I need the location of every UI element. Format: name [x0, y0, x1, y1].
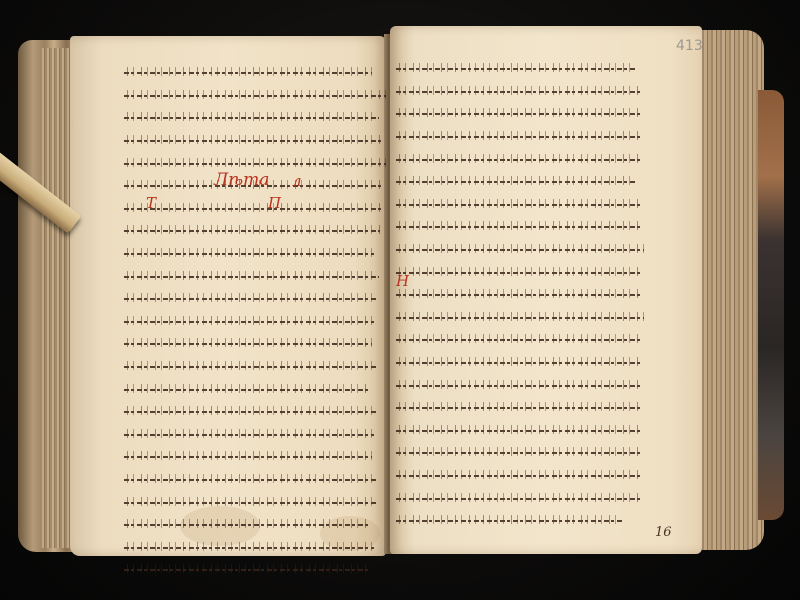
ink-stroke	[396, 407, 642, 409]
handwritten-line	[124, 288, 386, 311]
ink-stroke	[124, 411, 378, 413]
left-page-stack	[40, 48, 74, 548]
handwritten-line	[124, 514, 386, 537]
ink-stroke	[124, 434, 374, 436]
handwritten-line	[396, 216, 646, 239]
ink-stroke	[396, 385, 642, 387]
ink-stroke	[396, 159, 642, 161]
ink-stroke	[396, 294, 640, 296]
ink-stroke	[124, 117, 379, 119]
rubric-red-initial: л	[292, 172, 302, 190]
handwritten-line	[396, 510, 646, 533]
handwritten-line	[124, 265, 386, 288]
ink-stroke	[396, 181, 636, 183]
rubric-red-word: Лѣта	[214, 170, 269, 190]
ink-stroke	[124, 456, 372, 458]
handwritten-line	[124, 333, 386, 356]
handwritten-line	[124, 198, 386, 221]
handwritten-line	[396, 284, 646, 307]
ink-stroke	[396, 249, 644, 251]
handwritten-line	[396, 261, 646, 284]
handwritten-line	[124, 559, 386, 582]
handwritten-line	[124, 62, 386, 85]
ink-stroke	[396, 272, 640, 274]
handwritten-line	[396, 329, 646, 352]
leather-cover-edge	[758, 90, 784, 520]
handwritten-line	[124, 130, 386, 153]
ink-stroke	[124, 163, 386, 165]
handwritten-line	[396, 307, 646, 330]
folio-number: 413	[676, 38, 703, 54]
ink-stroke	[396, 362, 642, 364]
handwritten-line	[396, 58, 646, 81]
ink-stroke	[396, 430, 640, 432]
bottom-margin-mark: 16	[655, 525, 672, 540]
ink-stroke	[124, 321, 374, 323]
handwritten-line	[124, 107, 386, 130]
rubric-red-initial: П	[268, 194, 281, 212]
ink-stroke	[396, 68, 636, 70]
ink-stroke	[124, 524, 370, 526]
ink-stroke	[396, 226, 642, 228]
rubric-red-initial: Н	[396, 272, 409, 290]
rubric-red-initial: Т	[146, 194, 156, 212]
handwritten-line	[124, 311, 386, 334]
handwritten-line	[124, 220, 386, 243]
handwritten-line	[396, 487, 646, 510]
handwritten-line	[396, 374, 646, 397]
handwritten-line	[124, 536, 386, 559]
ink-stroke	[124, 253, 374, 255]
ink-stroke	[396, 339, 640, 341]
ink-stroke	[124, 547, 374, 549]
ink-stroke	[124, 140, 382, 142]
ink-stroke	[396, 520, 622, 522]
ink-stroke	[124, 72, 372, 74]
ink-stroke	[396, 452, 642, 454]
ink-stroke	[396, 475, 642, 477]
handwritten-line	[396, 420, 646, 443]
ink-stroke	[396, 498, 640, 500]
handwritten-line	[124, 356, 386, 379]
handwritten-line	[396, 171, 646, 194]
handwritten-line	[396, 103, 646, 126]
ink-stroke	[124, 479, 378, 481]
handwritten-line	[396, 81, 646, 104]
handwritten-line	[124, 469, 386, 492]
ink-stroke	[124, 230, 380, 232]
ink-stroke	[124, 95, 386, 97]
handwritten-line	[124, 491, 386, 514]
ink-stroke	[396, 317, 644, 319]
right-page-block-edge	[702, 30, 764, 550]
handwritten-line	[124, 378, 386, 401]
handwritten-line	[124, 446, 386, 469]
ink-stroke	[124, 366, 376, 368]
handwritten-line	[124, 85, 386, 108]
ink-stroke	[124, 298, 378, 300]
ink-stroke	[124, 569, 370, 571]
ink-stroke	[124, 502, 376, 504]
handwritten-line	[396, 352, 646, 375]
right-page-handwriting	[396, 58, 646, 532]
ink-stroke	[124, 208, 382, 210]
handwritten-line	[124, 424, 386, 447]
ink-stroke	[396, 136, 640, 138]
ink-stroke	[124, 276, 379, 278]
ink-stroke	[396, 113, 642, 115]
handwritten-line	[396, 148, 646, 171]
handwritten-line	[396, 397, 646, 420]
handwritten-line	[396, 126, 646, 149]
left-page-handwriting	[124, 62, 386, 582]
ink-stroke	[396, 204, 640, 206]
handwritten-line	[124, 401, 386, 424]
ink-stroke	[396, 91, 640, 93]
handwritten-line	[396, 194, 646, 217]
ink-stroke	[124, 389, 370, 391]
handwritten-line	[396, 442, 646, 465]
ink-stroke	[124, 343, 372, 345]
handwritten-line	[396, 239, 646, 262]
handwritten-line	[124, 243, 386, 266]
handwritten-line	[396, 465, 646, 488]
